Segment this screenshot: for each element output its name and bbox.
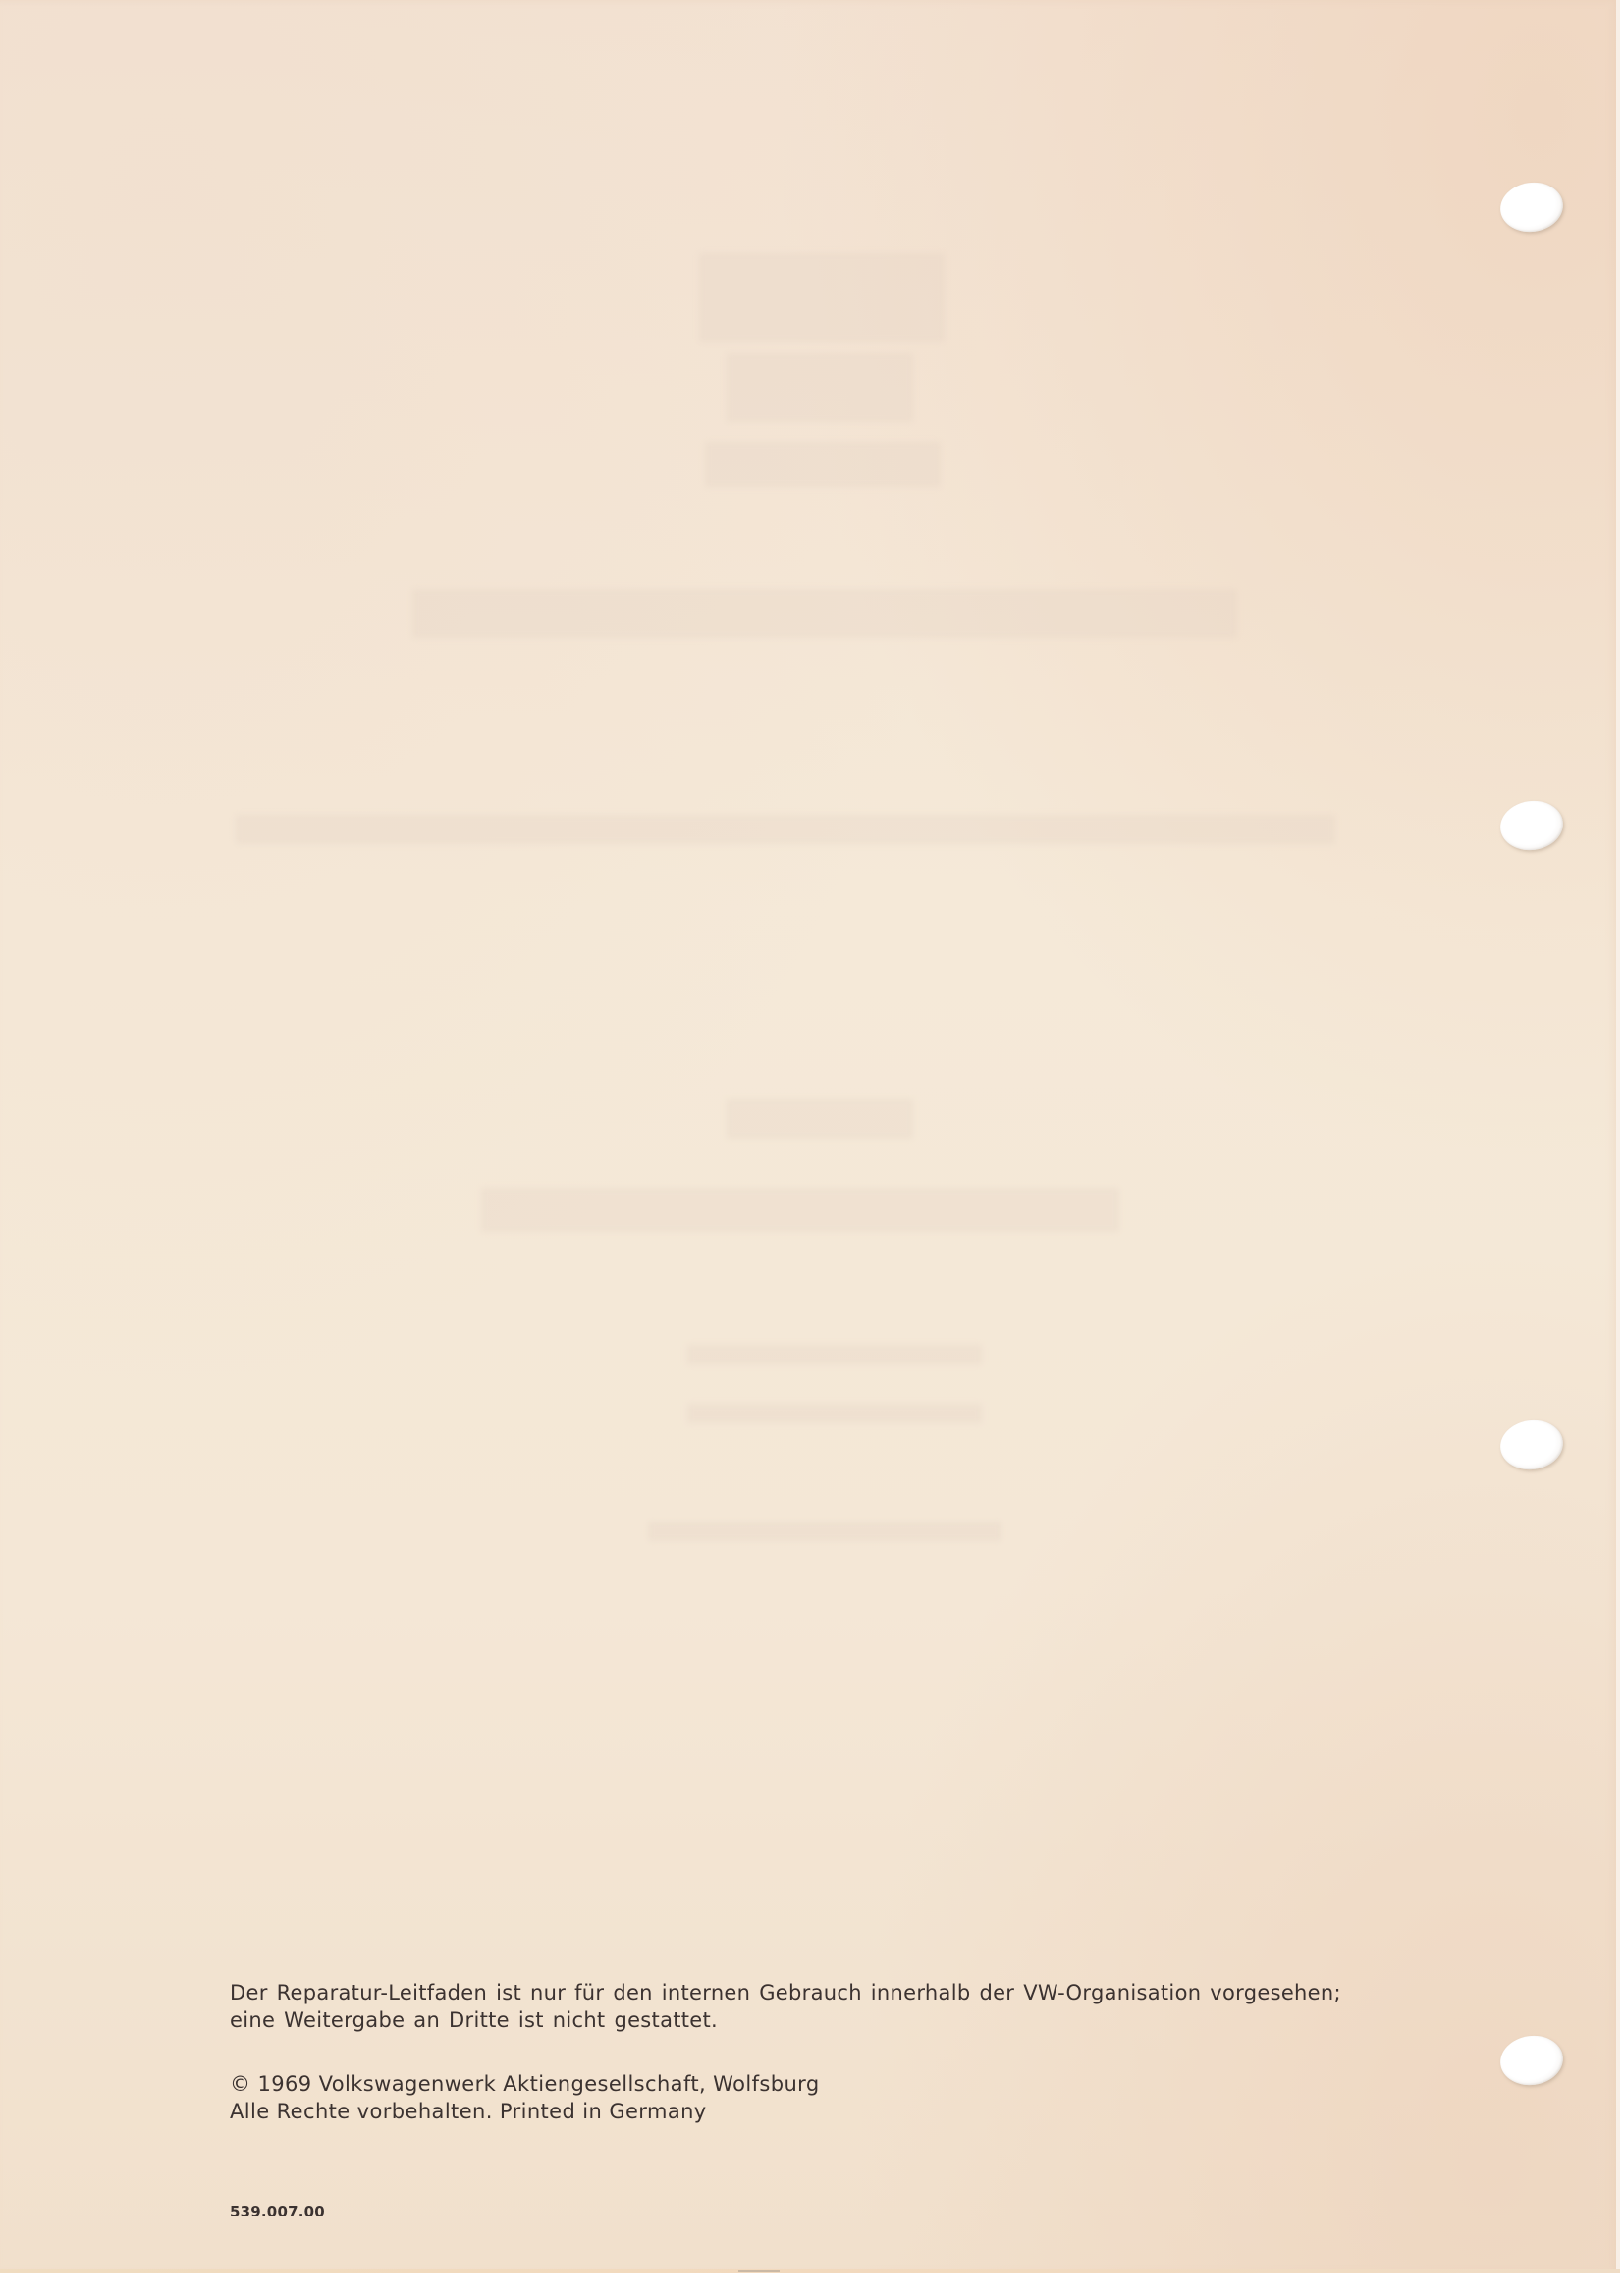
paper-sheet: Der Reparatur-Leitfaden ist nur für den … (0, 0, 1620, 2273)
copyright-line-1: © 1969 Volkswagenwerk Aktiengesellschaft… (230, 2070, 820, 2098)
show-through-block (727, 353, 913, 422)
show-through-block (412, 589, 1237, 638)
punch-hole (1497, 797, 1566, 854)
edge-mark (738, 2270, 780, 2272)
show-through-block (648, 1522, 1001, 1541)
usage-notice-line-1: Der Reparatur-Leitfaden ist nur für den … (230, 1979, 1447, 2006)
usage-notice-line-2: eine Weitergabe an Dritte ist nicht gest… (230, 2006, 1447, 2034)
punch-hole (1497, 2032, 1566, 2089)
usage-notice: Der Reparatur-Leitfaden ist nur für den … (230, 1979, 1447, 2034)
document-number: 539.007.00 (230, 2203, 325, 2220)
show-through-block (705, 442, 941, 487)
show-through-block (699, 253, 945, 342)
copyright-line-2: Alle Rechte vorbehalten. Printed in Germ… (230, 2098, 820, 2125)
show-through-block (687, 1345, 982, 1364)
show-through-block (687, 1404, 982, 1423)
punch-hole (1497, 179, 1566, 236)
paper-right-edge (1616, 0, 1620, 2273)
show-through-block (236, 815, 1335, 844)
show-through-block (481, 1188, 1119, 1232)
show-through-block (727, 1099, 913, 1139)
copyright-block: © 1969 Volkswagenwerk Aktiengesellschaft… (230, 2070, 820, 2125)
punch-hole (1497, 1416, 1566, 1473)
paper-bottom-edge (0, 2269, 1620, 2273)
